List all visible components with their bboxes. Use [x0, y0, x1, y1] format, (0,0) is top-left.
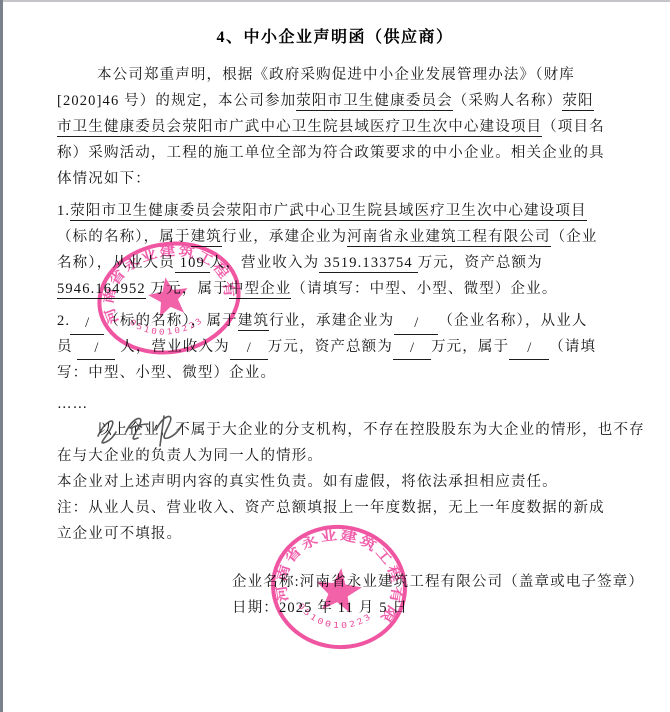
text-segment: ……	[57, 396, 88, 412]
text-segment: （请填写：中型、小型、微型）企业。	[291, 281, 557, 297]
document-page: { "title": "4、中小企业声明函（供应商）", "body_lines…	[0, 0, 670, 712]
text-segment: 立企业可不填报。	[57, 526, 182, 542]
text-segment: 2.	[57, 313, 70, 329]
text-segment: 河南省永业建筑工程有限公司	[347, 229, 550, 247]
text-line: 立企业可不填报。	[57, 521, 182, 547]
text-segment: 万元，属于	[431, 339, 509, 355]
svg-text:0510010223: 0510010223	[294, 601, 375, 635]
text-line: [2020]46 号）的规定，本公司参加荥阳市卫生健康委员会（采购人名称）荥阳	[57, 88, 594, 114]
text-segment: 万元，资产总额为	[268, 339, 393, 355]
text-line: 本企业对上述声明内容的真实性负责。如有虚假，将依法承担相应责任。	[57, 469, 558, 495]
svg-text:0510010223: 0510010223	[127, 305, 207, 343]
handwritten-signature	[86, 402, 190, 452]
text-segment: 荥阳市卫生健康委员会荥阳市广武中心卫生院县域医疗卫生次中心建设项目	[70, 203, 586, 221]
text-segment: （企业名称），从业人	[438, 313, 587, 329]
text-segment: 员	[57, 339, 77, 355]
text-line: 写：中型、小型、微型）企业。	[57, 360, 276, 386]
text-segment: 荥阳	[562, 93, 593, 111]
text-segment: 注：从业人员、营业收入、资产总额填报上一年度数据，无上一年度数据的新成	[57, 500, 605, 516]
text-segment: 荥阳市卫生健康委员会	[296, 93, 453, 111]
company-seal-stamp-lower: 河南省永业建筑工程有限公司 0510010223	[268, 524, 410, 654]
stamp-serial-number: 0510010223	[294, 601, 375, 635]
text-segment: 市卫生健康委员会荥阳市广武中心卫生院县域医疗卫生次中心建设项目	[57, 119, 542, 137]
page-left-border	[0, 0, 3, 712]
text-line: 称）采购活动，工程的施工单位全部为符合政策要求的中小企业。相关企业的具	[57, 140, 605, 166]
text-segment: 体情况如下：	[57, 171, 151, 187]
text-segment: 本企业对上述声明内容的真实性负责。如有虚假，将依法承担相应责任。	[57, 474, 558, 490]
document-title: 4、中小企业声明函（供应商）	[0, 24, 670, 47]
text-line: ……	[57, 391, 88, 417]
text-line: 本公司郑重声明，根据《政府采购促进中小企业发展管理办法》（财库	[97, 62, 575, 88]
text-segment: 称）采购活动，工程的施工单位全部为符合政策要求的中小企业。相关企业的具	[57, 145, 605, 161]
fill-in-blank: /	[394, 312, 438, 335]
text-segment: 3519.133754	[319, 255, 417, 273]
text-segment: 1.	[57, 203, 70, 219]
company-seal-stamp-upper: 河南省永业建筑工程有限公司 0510010223	[95, 240, 245, 358]
text-segment: （企业	[551, 229, 598, 245]
text-segment: （请填	[549, 339, 596, 355]
text-line: 体情况如下：	[57, 166, 151, 192]
text-line: 1.荥阳市卫生健康委员会荥阳市广武中心卫生院县域医疗卫生次中心建设项目	[57, 198, 587, 224]
page-top-border	[3, 0, 670, 2]
text-segment: 写：中型、小型、微型）企业。	[57, 365, 276, 381]
stamp-serial-number: 0510010223	[127, 305, 207, 343]
text-line: 注：从业人员、营业收入、资产总额填报上一年度数据，无上一年度数据的新成	[57, 495, 605, 521]
text-segment: （项目名	[542, 119, 605, 135]
text-segment: [2020]46 号）的规定，本公司参加	[57, 93, 296, 109]
text-segment: （采购人名称）	[453, 93, 563, 109]
text-segment: 万元，资产总额为	[418, 255, 543, 271]
stamp-star-icon	[313, 565, 364, 614]
text-segment: 行业，承建企业为	[269, 313, 394, 329]
text-segment: 本公司郑重声明，根据《政府采购促进中小企业发展管理办法》（财库	[97, 67, 575, 83]
fill-in-blank: /	[393, 337, 431, 360]
text-line: 市卫生健康委员会荥阳市广武中心卫生院县域医疗卫生次中心建设项目（项目名	[57, 114, 605, 140]
fill-in-blank: /	[509, 337, 549, 360]
stamp-star-icon	[146, 274, 192, 318]
